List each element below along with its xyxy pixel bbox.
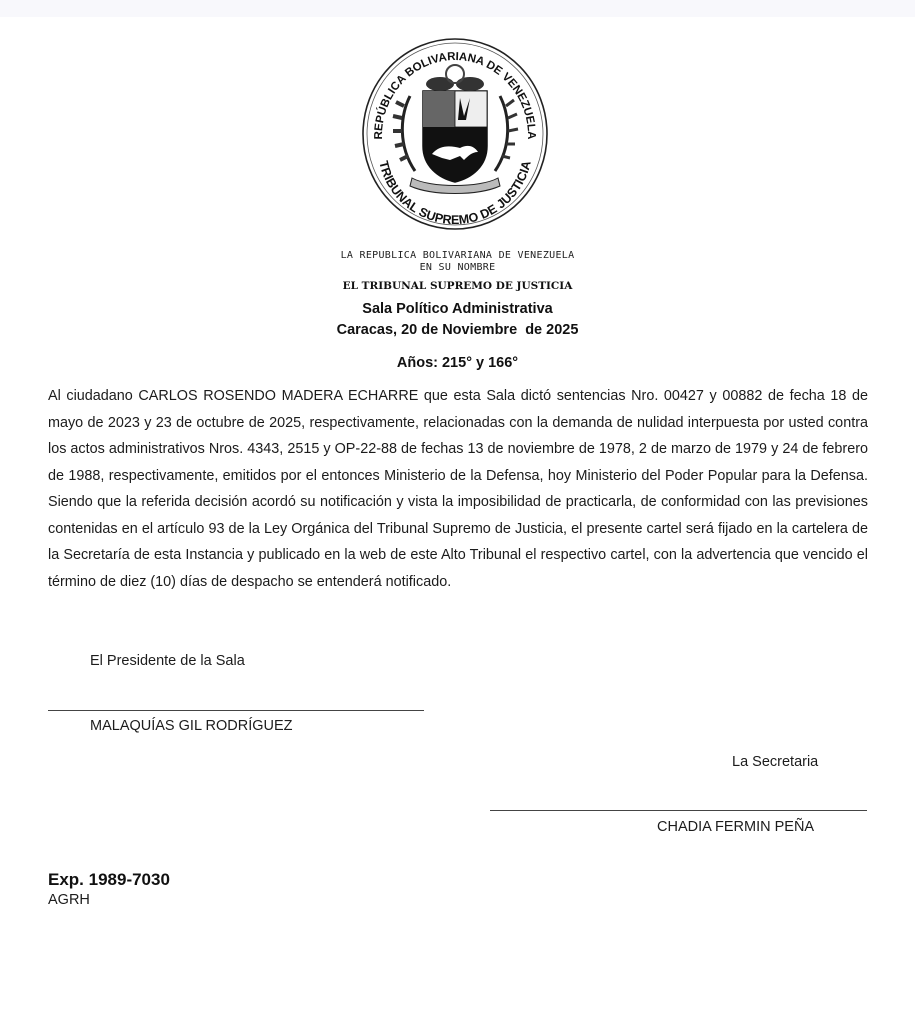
president-name: MALAQUÍAS GIL RODRÍGUEZ (90, 718, 293, 734)
header-date: Caracas, 20 de Noviembre de 2025 (0, 322, 915, 338)
expediente-number: Exp. 1989-7030 (48, 870, 170, 890)
header-en-su-nombre: EN SU NOMBRE (0, 262, 915, 273)
tsj-seal-emblem-icon: REPÚBLICA BOLIVARIANA DE VENEZUELA TRIBU… (360, 36, 550, 232)
drafter-initials: AGRH (48, 892, 90, 908)
header-tribunal: EL TRIBUNAL SUPREMO DE JUSTICIA (0, 280, 915, 292)
secretary-title: La Secretaria (732, 754, 818, 770)
header-years: Años: 215° y 166° (0, 355, 915, 371)
president-signature-line (48, 710, 424, 711)
president-title: El Presidente de la Sala (90, 653, 245, 669)
header-republic-line: LA REPUBLICA BOLIVARIANA DE VENEZUELA (0, 250, 915, 261)
notification-paragraph: Al ciudadano CARLOS ROSENDO MADERA ECHAR… (48, 383, 868, 595)
header-sala: Sala Político Administrativa (0, 301, 915, 317)
secretary-name: CHADIA FERMIN PEÑA (657, 819, 814, 835)
top-band (0, 0, 915, 17)
secretary-signature-line (490, 810, 867, 811)
